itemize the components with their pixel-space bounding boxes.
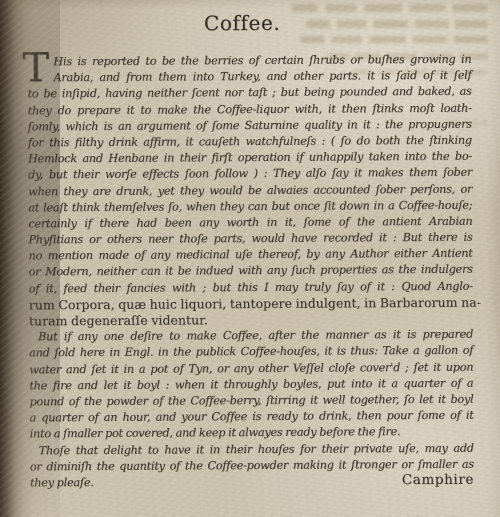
page-content: Coffee. T His is reported to be the berr…	[0, 0, 500, 517]
page-title: Coffee.	[0, 10, 484, 37]
text-lines: His is reported to be the berries of cer…	[27, 52, 474, 492]
book-page-scan: Coffee. T His is reported to be the berr…	[0, 0, 500, 517]
body-text: T His is reported to be the berries of c…	[27, 52, 474, 492]
catchword: Camphire	[402, 472, 474, 488]
